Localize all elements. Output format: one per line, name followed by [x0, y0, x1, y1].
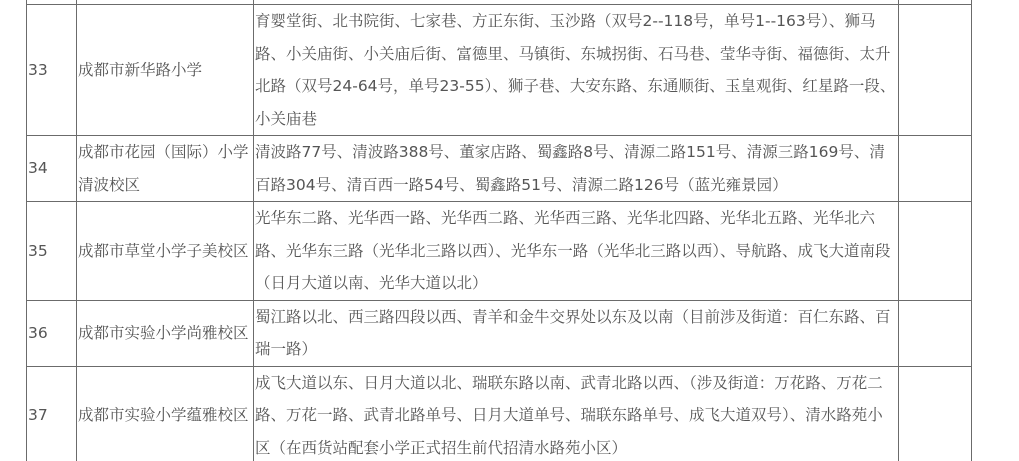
table-row: 35 成都市草堂小学子美校区 光华东二路、光华西一路、光华西二路、光华西三路、光… [27, 202, 972, 301]
cell-area: 光华东二路、光华西一路、光华西二路、光华西三路、光华北四路、光华北五路、光华北六… [254, 202, 899, 301]
cell-number: 37 [27, 366, 77, 461]
cell-area: 成飞大道以东、日月大道以北、瑞联东路以南、武青北路以西、（涉及街道：万花路、万花… [254, 366, 899, 461]
table-row: 37 成都市实验小学蕴雅校区 成飞大道以东、日月大道以北、瑞联东路以南、武青北路… [27, 366, 972, 461]
cell-note [899, 5, 972, 136]
cell-school: 成都市新华路小学 [77, 5, 254, 136]
cell-school: 成都市花园（国际）小学清波校区 [77, 136, 254, 202]
cell-area: 清波路77号、清波路388号、董家店路、蜀鑫路8号、清源二路151号、清源三路1… [254, 136, 899, 202]
cell-school: 成都市实验小学蕴雅校区 [77, 366, 254, 461]
cell-note [899, 366, 972, 461]
cell-number: 36 [27, 300, 77, 366]
cell-note [899, 136, 972, 202]
cell-number: 35 [27, 202, 77, 301]
cell-note [899, 202, 972, 301]
cell-note [899, 300, 972, 366]
cell-number: 33 [27, 5, 77, 136]
school-district-table: 33 成都市新华路小学 育婴堂街、北书院街、七家巷、方正东街、玉沙路（双号2--… [26, 0, 972, 461]
table-row: 36 成都市实验小学尚雅校区 蜀江路以北、西三路四段以西、青羊和金牛交界处以东及… [27, 300, 972, 366]
cell-area: 育婴堂街、北书院街、七家巷、方正东街、玉沙路（双号2--118号，单号1--16… [254, 5, 899, 136]
cell-school: 成都市草堂小学子美校区 [77, 202, 254, 301]
table-row: 34 成都市花园（国际）小学清波校区 清波路77号、清波路388号、董家店路、蜀… [27, 136, 972, 202]
table-row: 33 成都市新华路小学 育婴堂街、北书院街、七家巷、方正东街、玉沙路（双号2--… [27, 5, 972, 136]
cell-area: 蜀江路以北、西三路四段以西、青羊和金牛交界处以东及以南（目前涉及街道：百仁东路、… [254, 300, 899, 366]
cell-school: 成都市实验小学尚雅校区 [77, 300, 254, 366]
cell-number: 34 [27, 136, 77, 202]
